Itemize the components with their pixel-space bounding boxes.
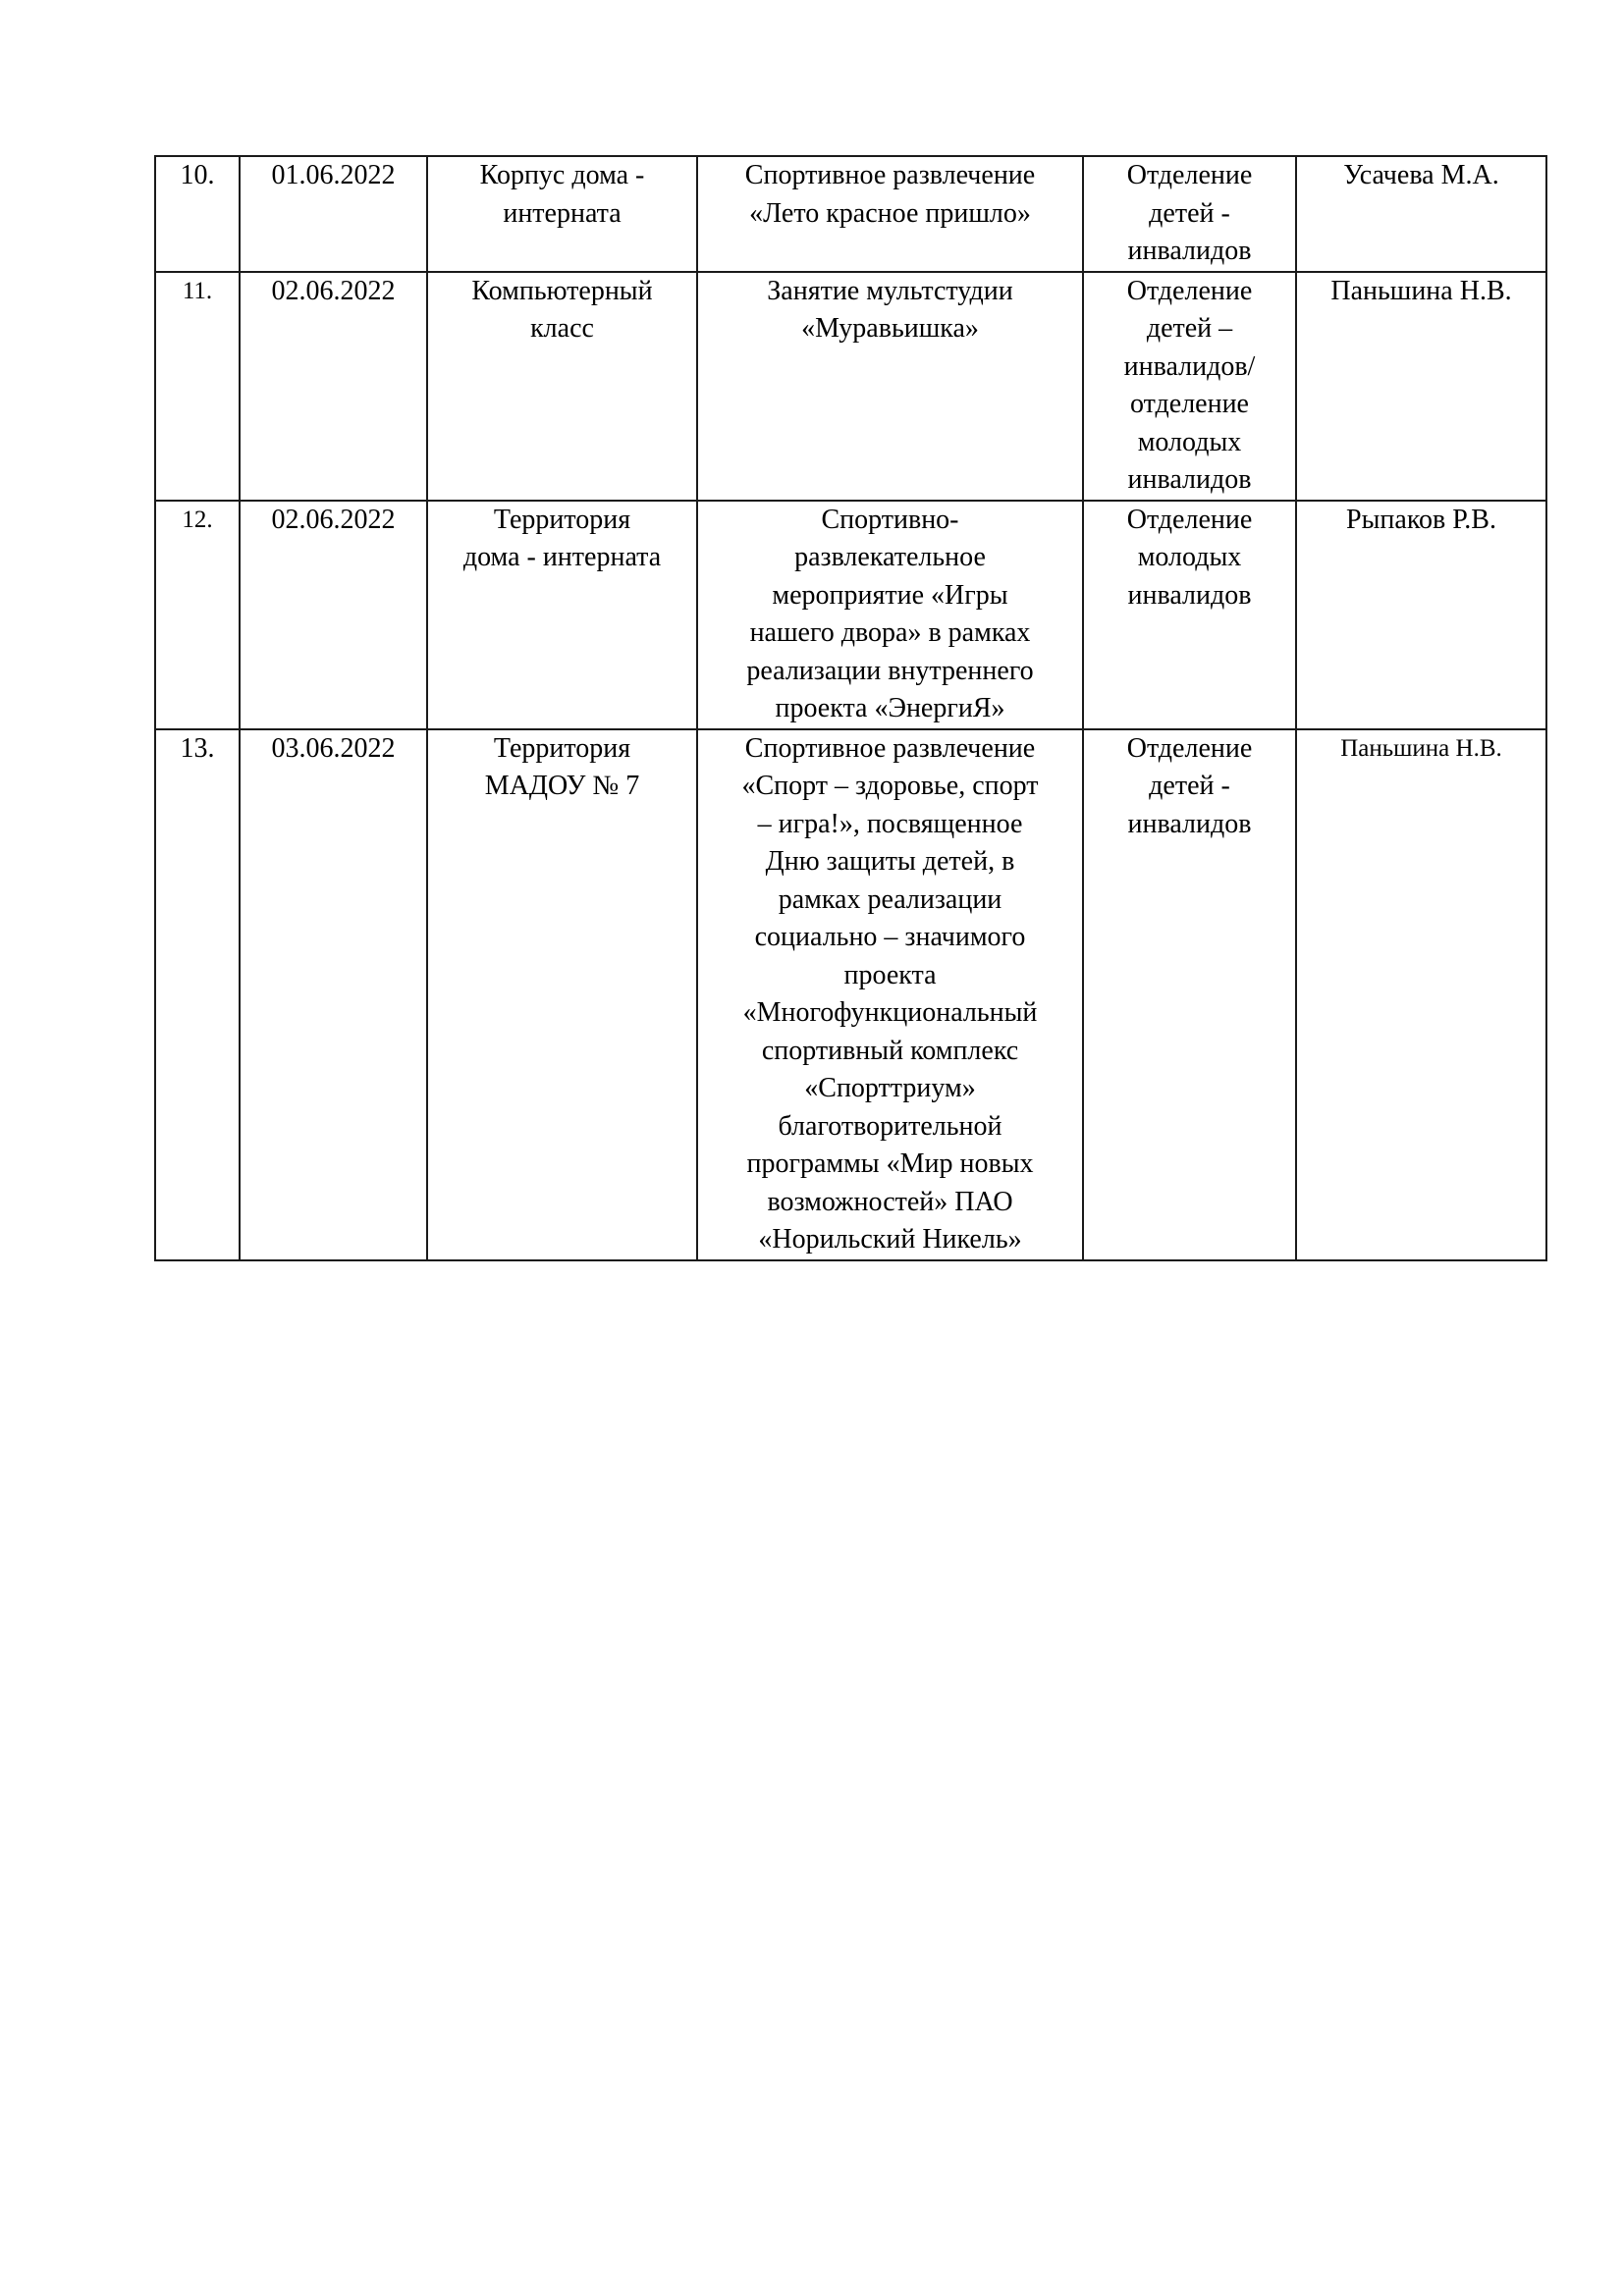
events-schedule-table: 10. 01.06.2022 Корпус дома - интерната С…	[154, 155, 1547, 1261]
table-row: 12. 02.06.2022 Территория дома - интерна…	[155, 501, 1546, 729]
table-row: 10. 01.06.2022 Корпус дома - интерната С…	[155, 156, 1546, 272]
event-responsible: Усачева М.А.	[1296, 156, 1546, 272]
table-row: 11. 02.06.2022 Компьютерный класс Заняти…	[155, 272, 1546, 501]
row-number: 12.	[155, 501, 240, 729]
event-title: Спортивное развлечение «Лето красное при…	[697, 156, 1083, 272]
event-responsible: Рыпаков Р.В.	[1296, 501, 1546, 729]
event-title: Спортивное развлечение «Спорт – здоровье…	[697, 729, 1083, 1260]
event-department: Отделение детей - инвалидов	[1083, 729, 1296, 1260]
event-title: Спортивно- развлекательное мероприятие «…	[697, 501, 1083, 729]
row-number: 13.	[155, 729, 240, 1260]
event-date: 02.06.2022	[240, 501, 427, 729]
event-place: Компьютерный класс	[427, 272, 697, 501]
event-responsible: Паньшина Н.В.	[1296, 272, 1546, 501]
row-number: 10.	[155, 156, 240, 272]
event-department: Отделение детей – инвалидов/ отделение м…	[1083, 272, 1296, 501]
document-page: 10. 01.06.2022 Корпус дома - интерната С…	[0, 0, 1624, 2296]
event-date: 03.06.2022	[240, 729, 427, 1260]
event-department: Отделение детей - инвалидов	[1083, 156, 1296, 272]
event-department: Отделение молодых инвалидов	[1083, 501, 1296, 729]
event-place: Территория МАДОУ № 7	[427, 729, 697, 1260]
event-place: Территория дома - интерната	[427, 501, 697, 729]
row-number: 11.	[155, 272, 240, 501]
table-row: 13. 03.06.2022 Территория МАДОУ № 7 Спор…	[155, 729, 1546, 1260]
event-date: 01.06.2022	[240, 156, 427, 272]
event-responsible: Паньшина Н.В.	[1296, 729, 1546, 1260]
event-place: Корпус дома - интерната	[427, 156, 697, 272]
event-title: Занятие мультстудии «Муравьишка»	[697, 272, 1083, 501]
event-date: 02.06.2022	[240, 272, 427, 501]
